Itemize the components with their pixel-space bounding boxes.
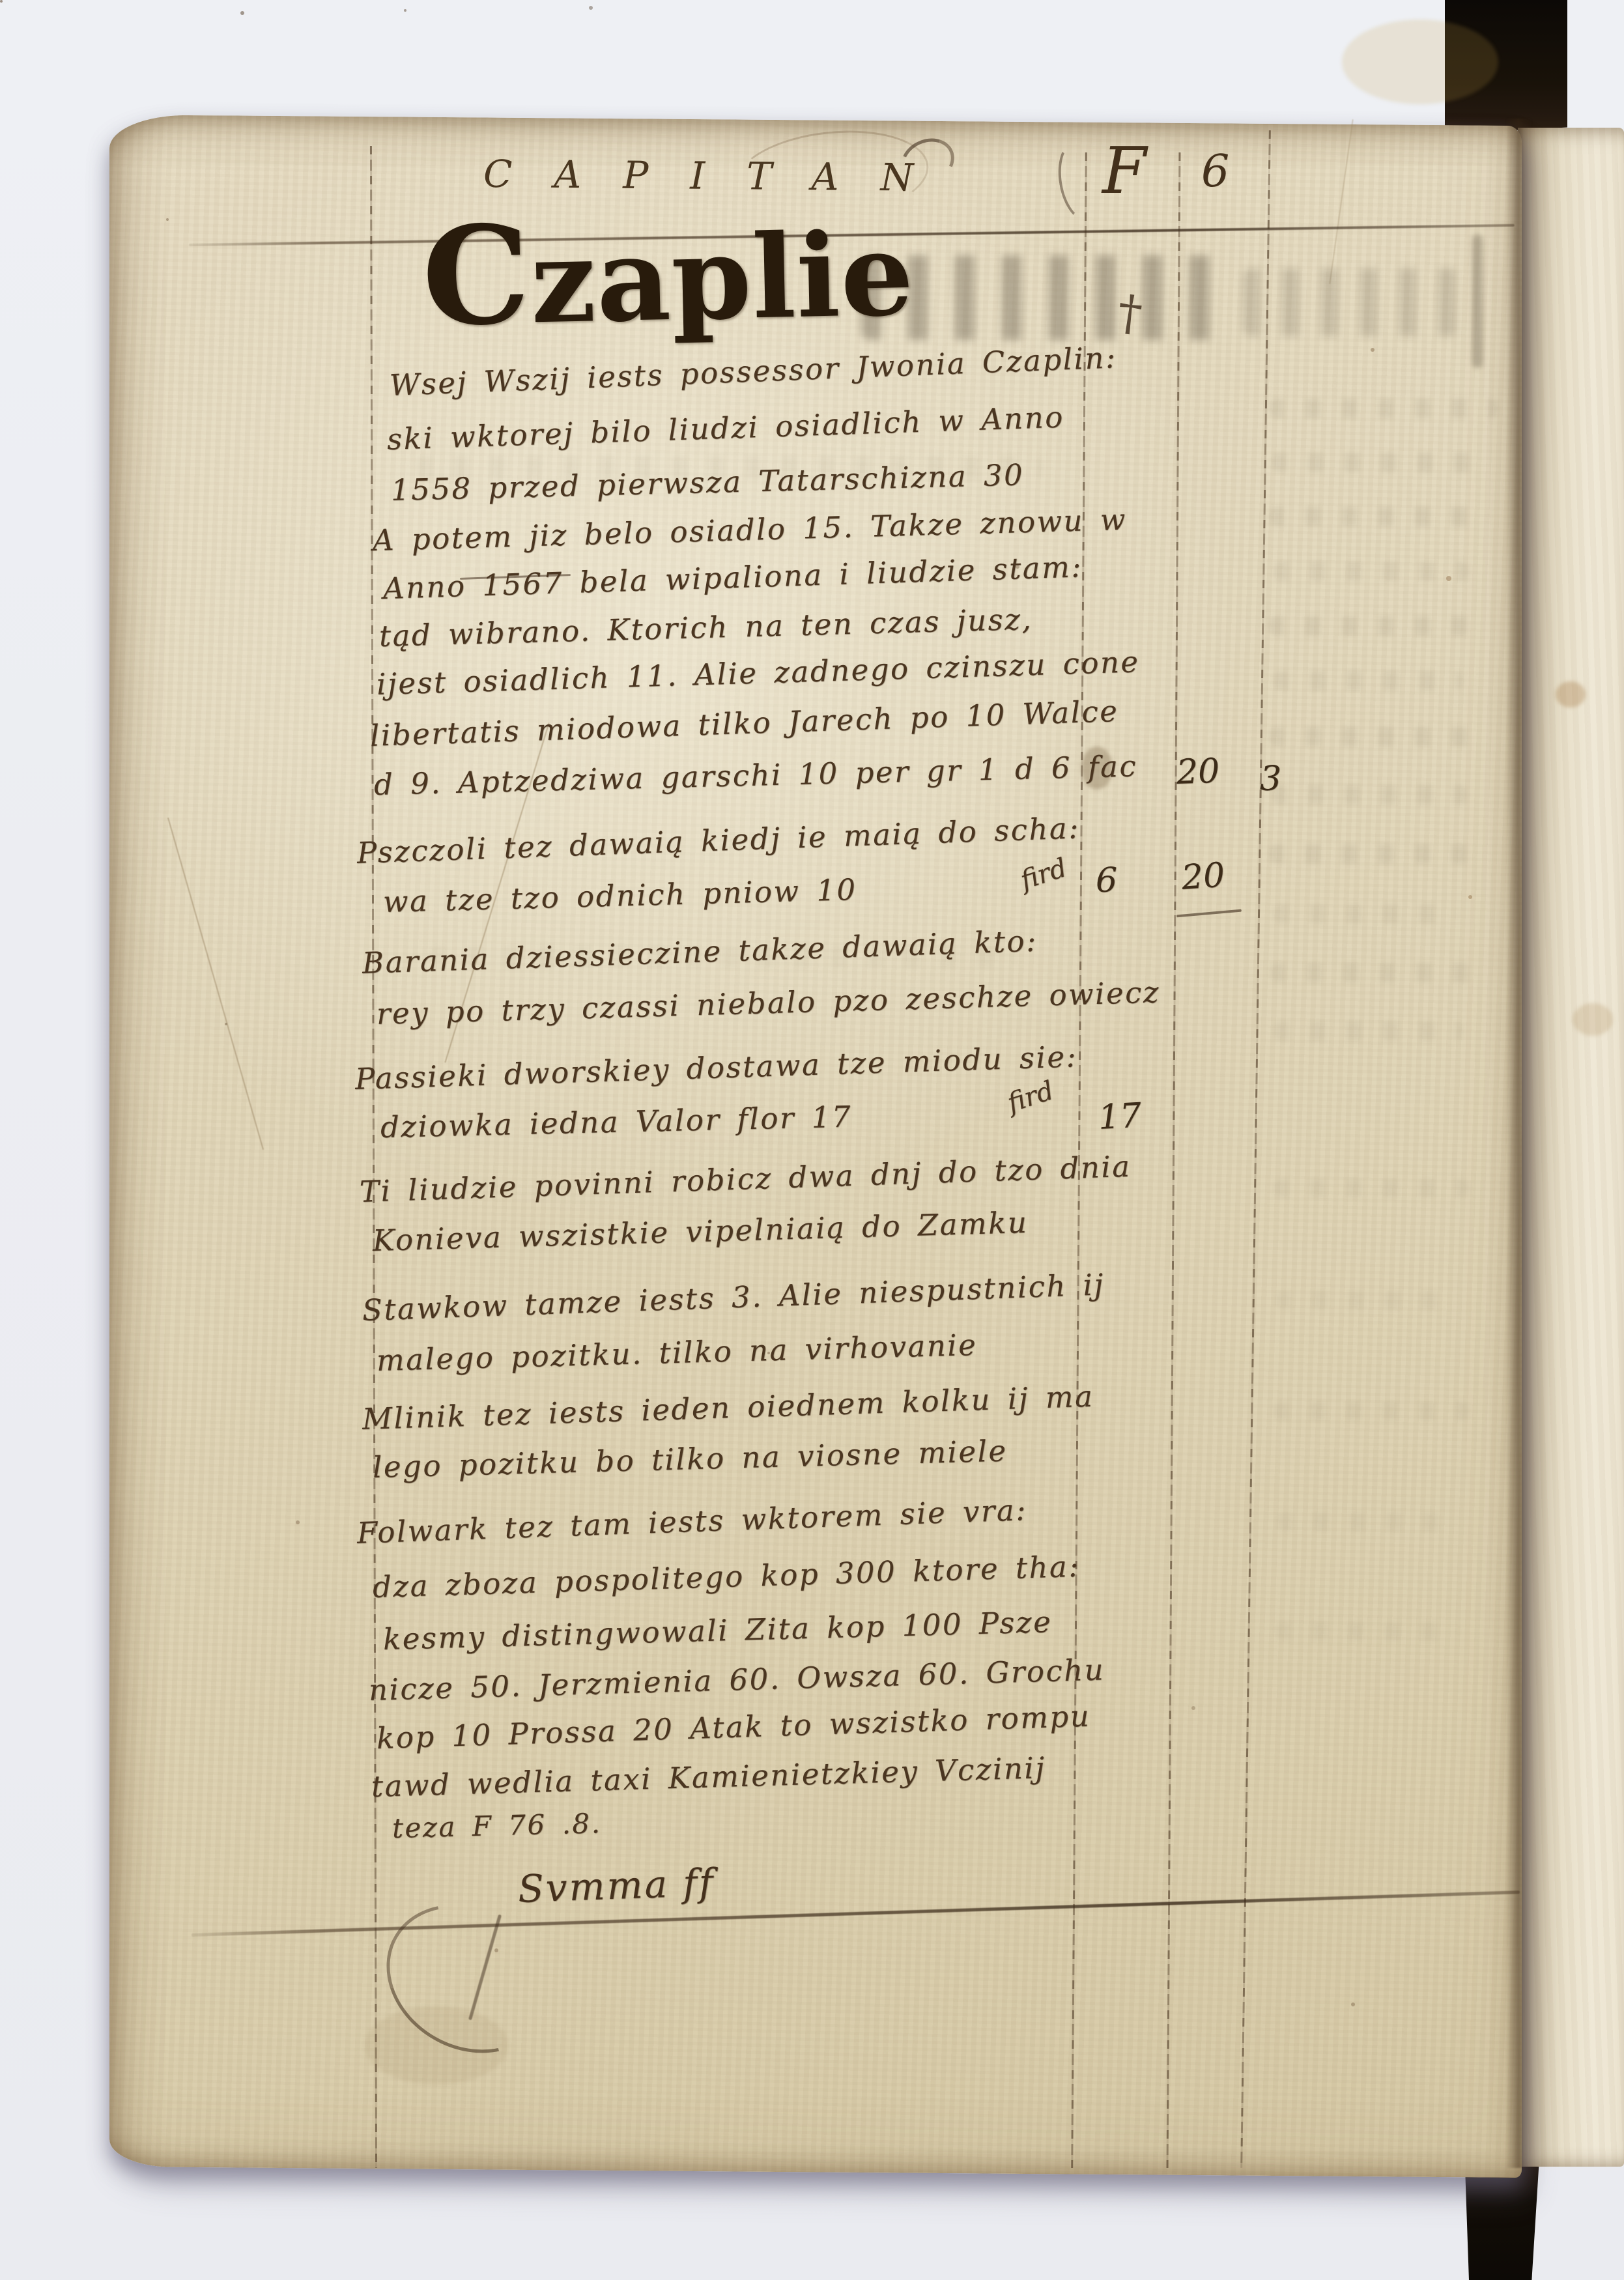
- bleedthrough-line: [1274, 1402, 1469, 1420]
- summa-label: Svmma ff: [517, 1860, 716, 1911]
- stain: [1573, 1003, 1613, 1036]
- bleedthrough-line: [1269, 844, 1484, 864]
- bleedthrough-line: [1269, 507, 1489, 526]
- margin-value: 20: [1180, 855, 1226, 897]
- bleedthrough-line: [1274, 562, 1469, 581]
- bleedthrough-line: [1269, 616, 1484, 636]
- bleedthrough-heading: [1243, 268, 1458, 336]
- margin-value: 3: [1260, 760, 1281, 799]
- bleedthrough-line: [1274, 671, 1462, 691]
- bleedthrough-line: [1277, 1513, 1447, 1531]
- gutter-shadow: [1506, 119, 1532, 2168]
- margin-value: 6: [1096, 861, 1117, 900]
- bleedthrough-line: [1274, 904, 1457, 924]
- margin-value: 20: [1176, 752, 1220, 792]
- bleedthrough-line: [1274, 1021, 1462, 1041]
- manuscript-scan: CAPITAN F 6 † Czaplie Wsej Wszij iests p…: [0, 0, 1624, 2280]
- bleedthrough-line: [1275, 1291, 1458, 1309]
- chapter-title: Czaplie: [421, 205, 915, 339]
- bleedthrough-stroke: [1472, 235, 1483, 368]
- bleedthrough-line: [1275, 1622, 1459, 1640]
- paper-specks: [0, 0, 3, 3]
- margin-value: 17: [1097, 1096, 1142, 1137]
- stain: [1342, 20, 1498, 104]
- folio-letter: F: [1102, 134, 1147, 208]
- bleedthrough-heading: [861, 255, 1230, 340]
- folio-number: 6: [1201, 146, 1229, 197]
- facing-page-edge: [1518, 128, 1624, 2167]
- bleedthrough-line: [1272, 785, 1467, 805]
- bleedthrough-line: [1272, 453, 1474, 472]
- manuscript-line: teza F 76 .8.: [392, 1807, 602, 1844]
- bleedthrough-line: [1269, 399, 1498, 418]
- bleedthrough-line: [1269, 727, 1479, 747]
- binding-strap-bottom: [1462, 2165, 1541, 2280]
- bleedthrough-line: [1274, 1179, 1469, 1197]
- bleedthrough-line: [1270, 963, 1474, 982]
- stain: [1556, 681, 1586, 707]
